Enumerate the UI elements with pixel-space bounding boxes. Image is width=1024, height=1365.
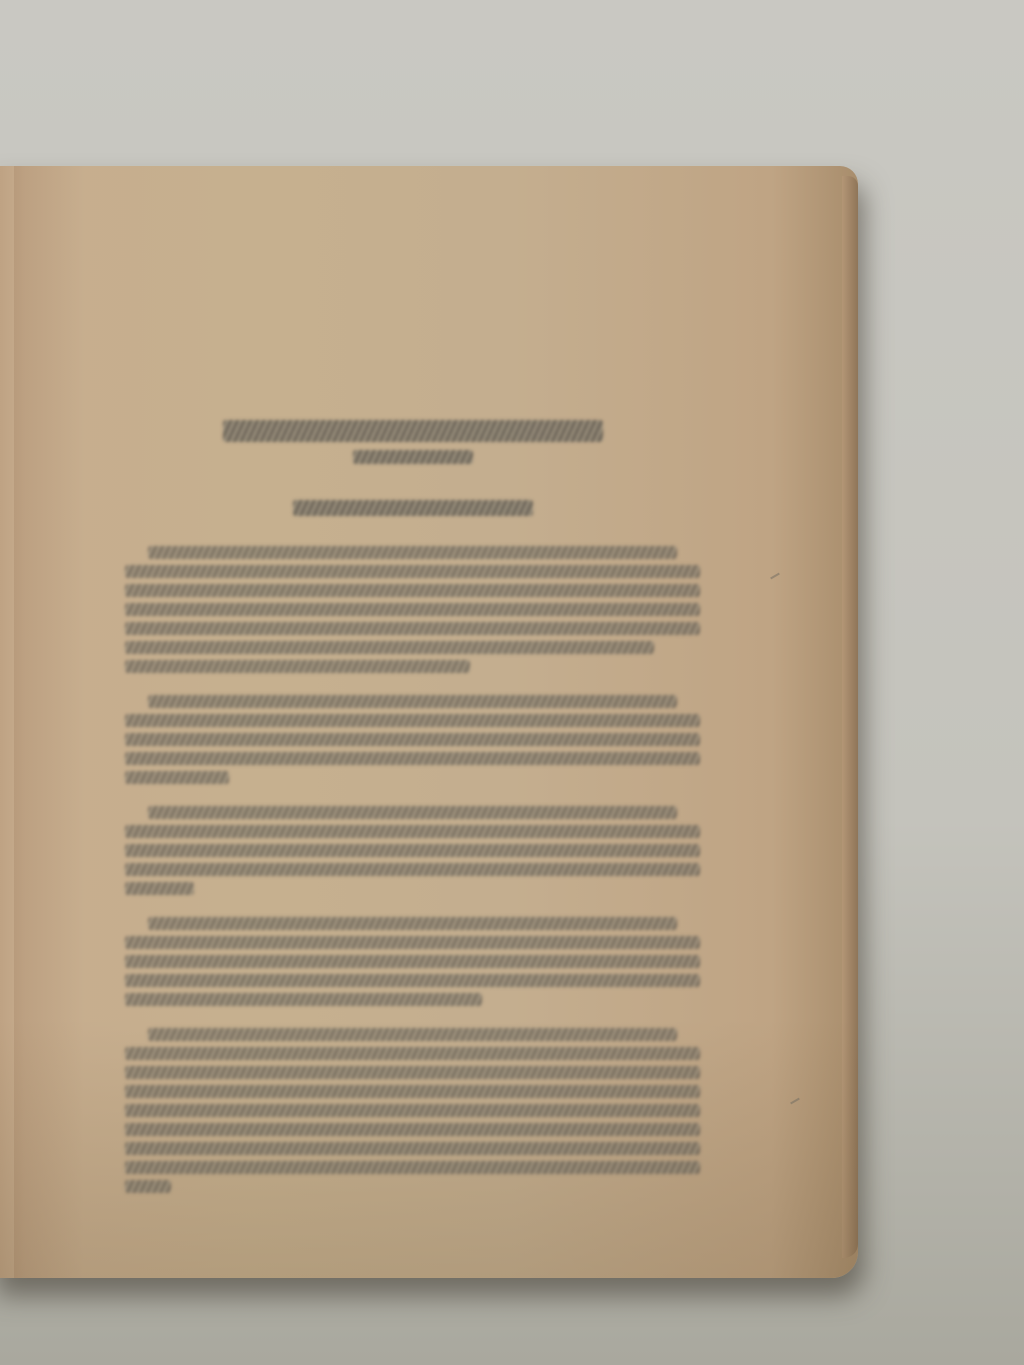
text-line-blurred [125,1066,700,1079]
section-heading-blurred [293,500,533,516]
text-line-blurred [125,752,700,765]
text-line-blurred [125,825,700,838]
text-line-blurred [125,1123,700,1136]
paragraph-blurred [125,1028,700,1193]
chapter-subheading-blurred [353,450,473,464]
text-line-blurred [125,1085,700,1098]
text-line-blurred [125,955,700,968]
text-line-blurred [148,695,677,708]
text-line-blurred [148,806,677,819]
text-line-blurred [125,603,700,616]
text-line-blurred [125,584,700,597]
text-line-blurred [125,844,700,857]
text-line-blurred [148,917,677,930]
page-text-block [125,420,700,1199]
text-line-blurred [125,733,700,746]
text-line-blurred [125,863,700,876]
chapter-heading-blurred [223,420,603,442]
paragraph-blurred [125,806,700,895]
text-line-blurred [125,641,654,654]
text-line-blurred [125,974,700,987]
text-line-blurred [125,1104,700,1117]
text-line-blurred [125,993,482,1006]
paragraph-blurred [125,917,700,1006]
paragraph-blurred [125,546,700,673]
text-line-blurred [125,714,700,727]
text-line-blurred [125,565,700,578]
paragraph-blurred [125,695,700,784]
text-line-blurred [148,1028,677,1041]
body-paragraphs [125,546,700,1193]
text-line-blurred [148,546,677,559]
text-line-blurred [125,1047,700,1060]
text-line-blurred [125,882,194,895]
text-line-blurred [125,1180,171,1193]
text-line-blurred [125,1142,700,1155]
text-line-blurred [125,1161,700,1174]
text-line-blurred [125,771,229,784]
text-line-blurred [125,622,700,635]
text-line-blurred [125,936,700,949]
text-line-blurred [125,660,470,673]
